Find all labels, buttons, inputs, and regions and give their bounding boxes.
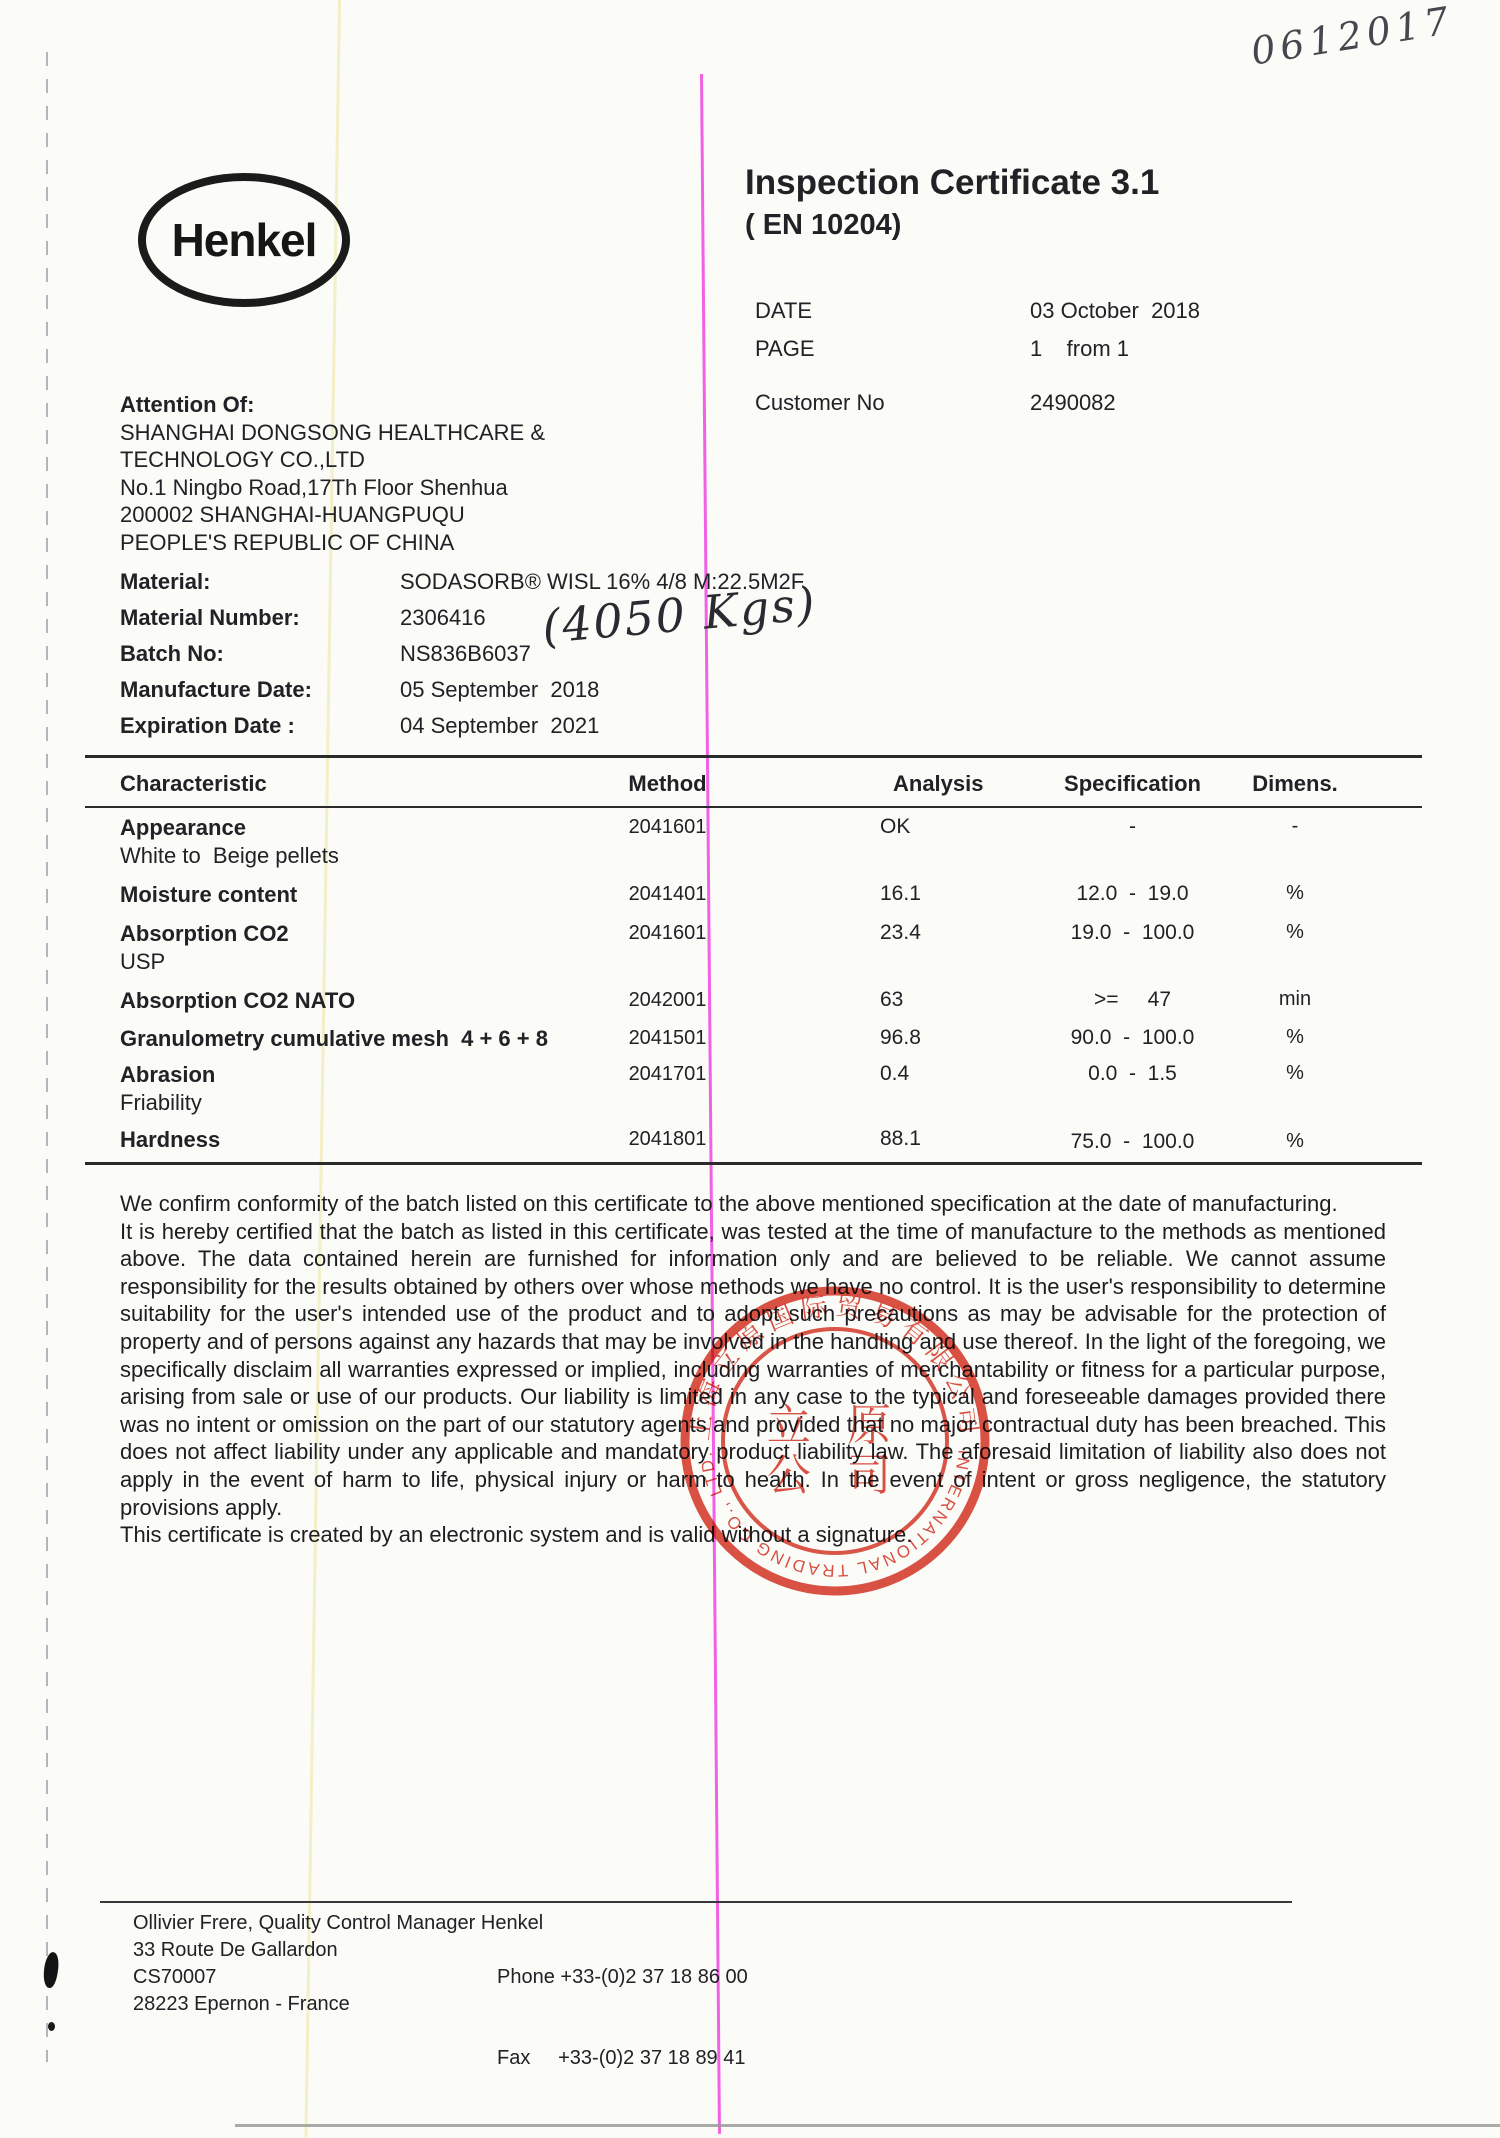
- row-characteristic: Granulometry cumulative mesh 4 + 6 + 8: [120, 1026, 548, 1052]
- table-header-method: Method: [545, 771, 790, 797]
- row-analysis: 88.1: [880, 1127, 921, 1151]
- date-label: DATE: [755, 298, 812, 324]
- attention-line: TECHNOLOGY CO.,LTD: [120, 446, 545, 474]
- row-specification: -: [1005, 815, 1260, 839]
- customer-no-label: Customer No: [755, 390, 885, 416]
- scan-ink-blob: [41, 1951, 61, 1989]
- handwritten-note: 0612017: [1248, 0, 1457, 73]
- footer-phone-block: Phone +33-(0)2 37 18 86 00 Fax +33-(0)2 …: [497, 1910, 748, 2126]
- row-analysis: 0.4: [880, 1062, 909, 1086]
- red-company-stamp: 上海立原国际贸易有限公司 INTERNATIONAL TRADING CO., …: [666, 1272, 1004, 1610]
- row-method: 2041601: [545, 816, 790, 839]
- manufacture-date-value: 05 September 2018: [400, 677, 599, 703]
- scan-bottom-edge-line: [235, 2124, 1500, 2127]
- material-label: Material:: [120, 569, 210, 595]
- attention-line: No.1 Ningbo Road,17Th Floor Shenhua: [120, 474, 545, 502]
- henkel-logo: Henkel: [138, 173, 350, 307]
- row-method: 2041701: [545, 1063, 790, 1086]
- row-sub-label: USP: [120, 949, 165, 975]
- footer-contact-block: Ollivier Frere, Quality Control Manager …: [133, 1910, 543, 2018]
- table-header-dimens: Dimens.: [1245, 771, 1345, 797]
- row-analysis: 63: [880, 988, 903, 1012]
- row-specification: 0.0 - 1.5: [1005, 1062, 1260, 1086]
- row-dimens: %: [1245, 1062, 1345, 1085]
- row-method: 2041401: [545, 883, 790, 906]
- row-specification: >= 47: [1005, 988, 1260, 1012]
- attention-heading: Attention Of:: [120, 391, 545, 419]
- expiration-date-label: Expiration Date :: [120, 713, 295, 739]
- document-title: Inspection Certificate 3.1: [745, 163, 1159, 203]
- footer-contact-line: CS70007: [133, 1964, 543, 1991]
- table-header-characteristic: Characteristic: [120, 771, 267, 797]
- scanned-certificate-page: 0612017 Henkel Inspection Certificate 3.…: [0, 0, 1500, 2138]
- table-header-specification: Specification: [1005, 771, 1260, 797]
- row-specification: 75.0 - 100.0: [1005, 1130, 1260, 1154]
- row-sub-label: Friability: [120, 1090, 202, 1116]
- row-specification: 90.0 - 100.0: [1005, 1026, 1260, 1050]
- row-characteristic: Appearance: [120, 815, 246, 841]
- row-method: 2041601: [545, 922, 790, 945]
- batch-no-value: NS836B6037: [400, 641, 531, 667]
- row-dimens: -: [1245, 815, 1345, 838]
- scan-magenta-streak: [700, 74, 721, 2134]
- row-analysis: 96.8: [880, 1026, 921, 1050]
- footer-contact-line: Ollivier Frere, Quality Control Manager …: [133, 1910, 543, 1937]
- footer-fax-line: Fax +33-(0)2 37 18 89 41: [497, 2045, 748, 2072]
- footer-phone-line: Phone +33-(0)2 37 18 86 00: [497, 1964, 748, 1991]
- row-dimens: min: [1245, 988, 1345, 1011]
- scan-edge-dashed-line: [46, 52, 48, 2062]
- stamp-center-text-2: 公 司: [767, 1451, 903, 1500]
- henkel-logo-text: Henkel: [172, 213, 317, 267]
- page-label: PAGE: [755, 336, 815, 362]
- footer-contact-line: 28223 Epernon - France: [133, 1991, 543, 2018]
- row-characteristic: Absorption CO2: [120, 921, 289, 947]
- material-number-value: 2306416: [400, 605, 486, 631]
- batch-no-label: Batch No:: [120, 641, 224, 667]
- row-method: 2041801: [545, 1128, 790, 1151]
- attention-line: SHANGHAI DONGSONG HEALTHCARE &: [120, 419, 545, 447]
- row-analysis: 23.4: [880, 921, 921, 945]
- attention-line: 200002 SHANGHAI-HUANGPUQU: [120, 501, 545, 529]
- scan-ink-dot: [48, 2022, 55, 2031]
- footer-rule: [100, 1901, 1292, 1903]
- table-header-rule: [85, 806, 1422, 808]
- row-dimens: %: [1245, 882, 1345, 905]
- row-dimens: %: [1245, 1026, 1345, 1049]
- document-subtitle: ( EN 10204): [745, 209, 901, 242]
- row-characteristic: Absorption CO2 NATO: [120, 988, 355, 1014]
- manufacture-date-label: Manufacture Date:: [120, 677, 312, 703]
- customer-no-value: 2490082: [1030, 390, 1116, 416]
- expiration-date-value: 04 September 2021: [400, 713, 599, 739]
- row-characteristic: Hardness: [120, 1127, 220, 1153]
- stamp-graphic: 上海立原国际贸易有限公司 INTERNATIONAL TRADING CO., …: [666, 1272, 1004, 1610]
- row-dimens: %: [1245, 1130, 1345, 1153]
- attention-block: Attention Of: SHANGHAI DONGSONG HEALTHCA…: [120, 391, 545, 556]
- legal-paragraph-1: We confirm conformity of the batch liste…: [120, 1190, 1386, 1218]
- material-number-label: Material Number:: [120, 605, 300, 631]
- date-value: 03 October 2018: [1030, 298, 1200, 324]
- table-top-rule: [85, 755, 1422, 758]
- row-analysis: 16.1: [880, 882, 921, 906]
- row-characteristic: Moisture content: [120, 882, 297, 908]
- row-analysis: OK: [880, 815, 910, 839]
- row-characteristic: Abrasion: [120, 1062, 215, 1088]
- table-header-analysis: Analysis: [893, 771, 984, 797]
- row-method: 2041501: [545, 1027, 790, 1050]
- footer-contact-line: 33 Route De Gallardon: [133, 1937, 543, 1964]
- attention-line: PEOPLE'S REPUBLIC OF CHINA: [120, 529, 545, 557]
- row-dimens: %: [1245, 921, 1345, 944]
- row-method: 2042001: [545, 989, 790, 1012]
- table-bottom-rule: [85, 1162, 1422, 1165]
- row-specification: 12.0 - 19.0: [1005, 882, 1260, 906]
- row-sub-label: White to Beige pellets: [120, 843, 339, 869]
- scan-yellow-streak: [304, 0, 341, 2138]
- page-value: 1 from 1: [1030, 336, 1129, 362]
- row-specification: 19.0 - 100.0: [1005, 921, 1260, 945]
- stamp-center-text-1: 立 原: [767, 1401, 903, 1450]
